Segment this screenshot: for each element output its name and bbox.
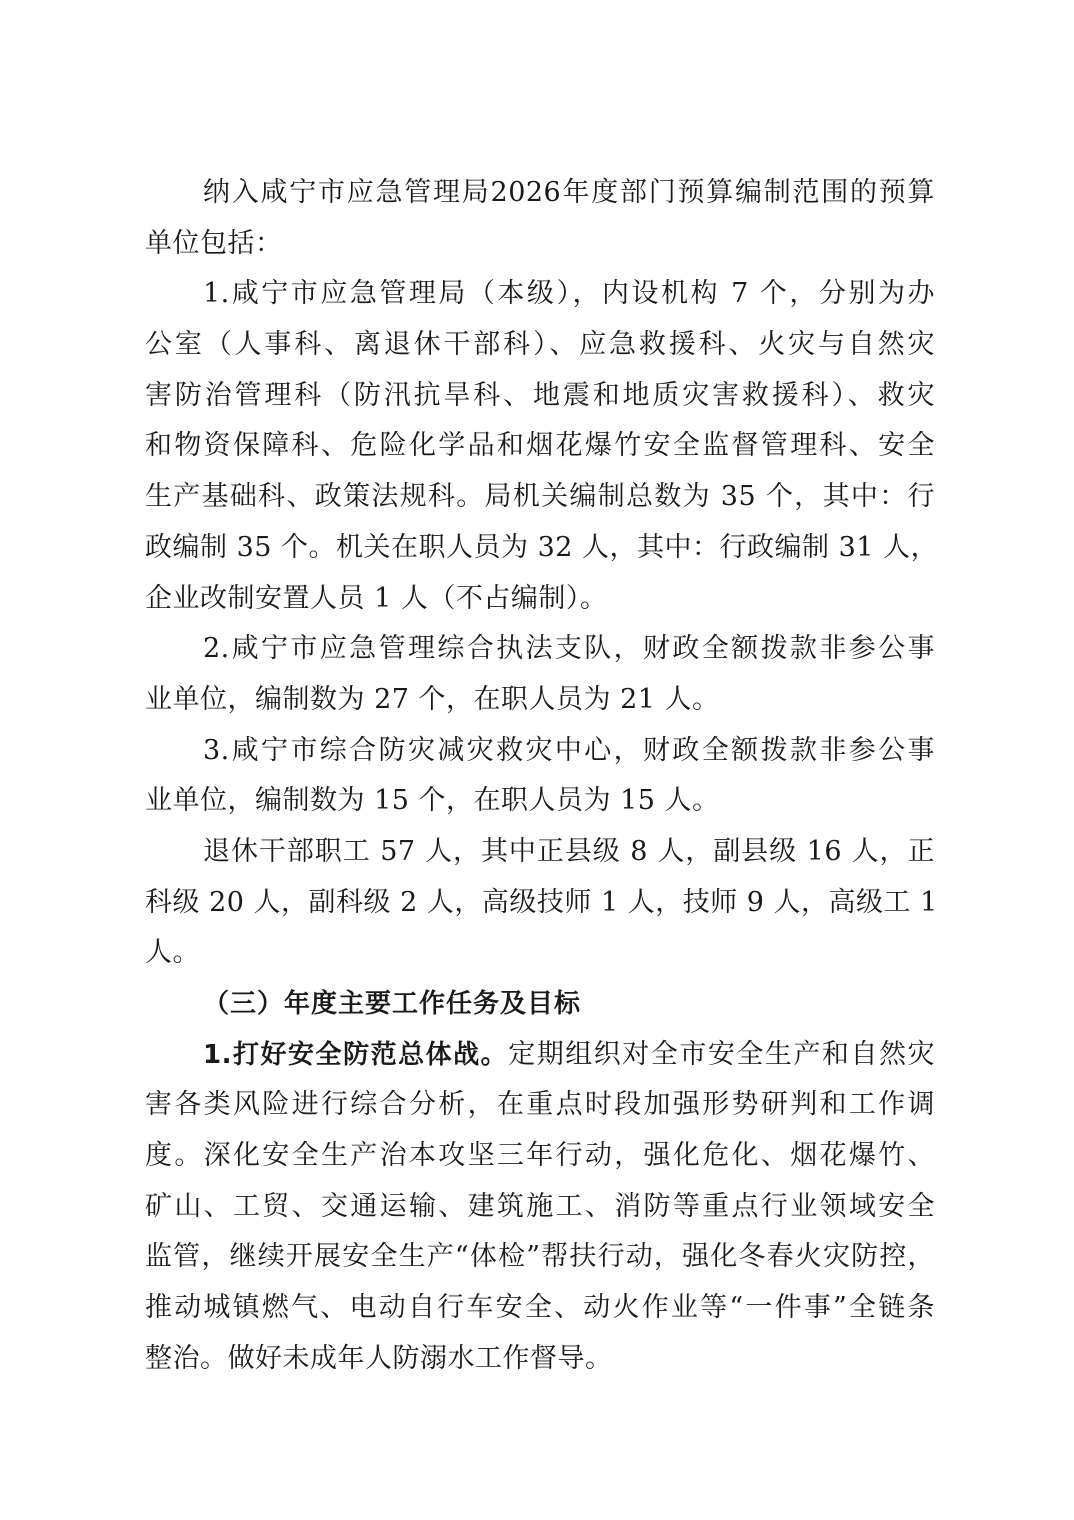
text-line: 2.咸宁市应急管理综合执法支队，财政全额拨款非参公事 bbox=[145, 624, 935, 675]
text-line: 人。 bbox=[145, 928, 935, 979]
text-line: 生产基础科、政策法规科。局机关编制总数为 35 个，其中：行 bbox=[145, 472, 935, 523]
text-line: 退休干部职工 57 人，其中正县级 8 人，副县级 16 人，正 bbox=[145, 827, 935, 878]
paragraph-task-1: 1.打好安全防范总体战。定期组织对全市安全生产和自然灾 害各类风险进行综合分析，… bbox=[145, 1030, 935, 1385]
text-line: 和物资保障科、危险化学品和烟花爆竹安全监督管理科、安全 bbox=[145, 421, 935, 472]
paragraph-unit-1: 1.咸宁市应急管理局（本级），内设机构 7 个，分别为办 公室（人事科、离退休干… bbox=[145, 269, 935, 624]
text-line: 业单位，编制数为 15 个，在职人员为 15 人。 bbox=[145, 776, 935, 827]
text-line-first: 1.打好安全防范总体战。定期组织对全市安全生产和自然灾 bbox=[145, 1030, 935, 1081]
paragraph-retirees: 退休干部职工 57 人，其中正县级 8 人，副县级 16 人，正 科级 20 人… bbox=[145, 827, 935, 979]
text-line: 公室（人事科、离退休干部科）、应急救援科、火灾与自然灾 bbox=[145, 320, 935, 371]
text-line: 害防治管理科（防汛抗旱科、地震和地质灾害救援科）、救灾 bbox=[145, 371, 935, 422]
section-heading: （三）年度主要工作任务及目标 bbox=[145, 979, 935, 1030]
paragraph-unit-3: 3.咸宁市综合防灾减灾救灾中心，财政全额拨款非参公事 业单位，编制数为 15 个… bbox=[145, 726, 935, 827]
text-line: 3.咸宁市综合防灾减灾救灾中心，财政全额拨款非参公事 bbox=[145, 726, 935, 777]
paragraph-intro: 纳入咸宁市应急管理局2026年度部门预算编制范围的预算 单位包括： bbox=[145, 168, 935, 269]
text-line: 科级 20 人，副科级 2 人，高级技师 1 人，技师 9 人，高级工 1 bbox=[145, 878, 935, 929]
text-line: 推动城镇燃气、电动自行车安全、动火作业等“一件事”全链条 bbox=[145, 1283, 935, 1334]
document-page: 纳入咸宁市应急管理局2026年度部门预算编制范围的预算 单位包括： 1.咸宁市应… bbox=[145, 168, 935, 1385]
text-line: 整治。做好未成年人防溺水工作督导。 bbox=[145, 1334, 935, 1385]
text-line: 企业改制安置人员 1 人（不占编制）。 bbox=[145, 574, 935, 625]
text-line: 度。深化安全生产治本攻坚三年行动，强化危化、烟花爆竹、 bbox=[145, 1131, 935, 1182]
text-line: 害各类风险进行综合分析，在重点时段加强形势研判和工作调 bbox=[145, 1080, 935, 1131]
text-line: 监管，继续开展安全生产“体检”帮扶行动，强化冬春火灾防控， bbox=[145, 1232, 935, 1283]
text-line: 矿山、工贸、交通运输、建筑施工、消防等重点行业领域安全 bbox=[145, 1182, 935, 1233]
task-text: 定期组织对全市安全生产和自然灾 bbox=[508, 1039, 935, 1070]
paragraph-unit-2: 2.咸宁市应急管理综合执法支队，财政全额拨款非参公事 业单位，编制数为 27 个… bbox=[145, 624, 935, 725]
text-line: 纳入咸宁市应急管理局2026年度部门预算编制范围的预算 bbox=[145, 168, 935, 219]
task-lead: 1.打好安全防范总体战。 bbox=[203, 1040, 508, 1070]
text-line: 单位包括： bbox=[145, 219, 935, 270]
text-line: 政编制 35 个。机关在职人员为 32 人，其中：行政编制 31 人， bbox=[145, 523, 935, 574]
text-line: 1.咸宁市应急管理局（本级），内设机构 7 个，分别为办 bbox=[145, 269, 935, 320]
text-line: 业单位，编制数为 27 个，在职人员为 21 人。 bbox=[145, 675, 935, 726]
